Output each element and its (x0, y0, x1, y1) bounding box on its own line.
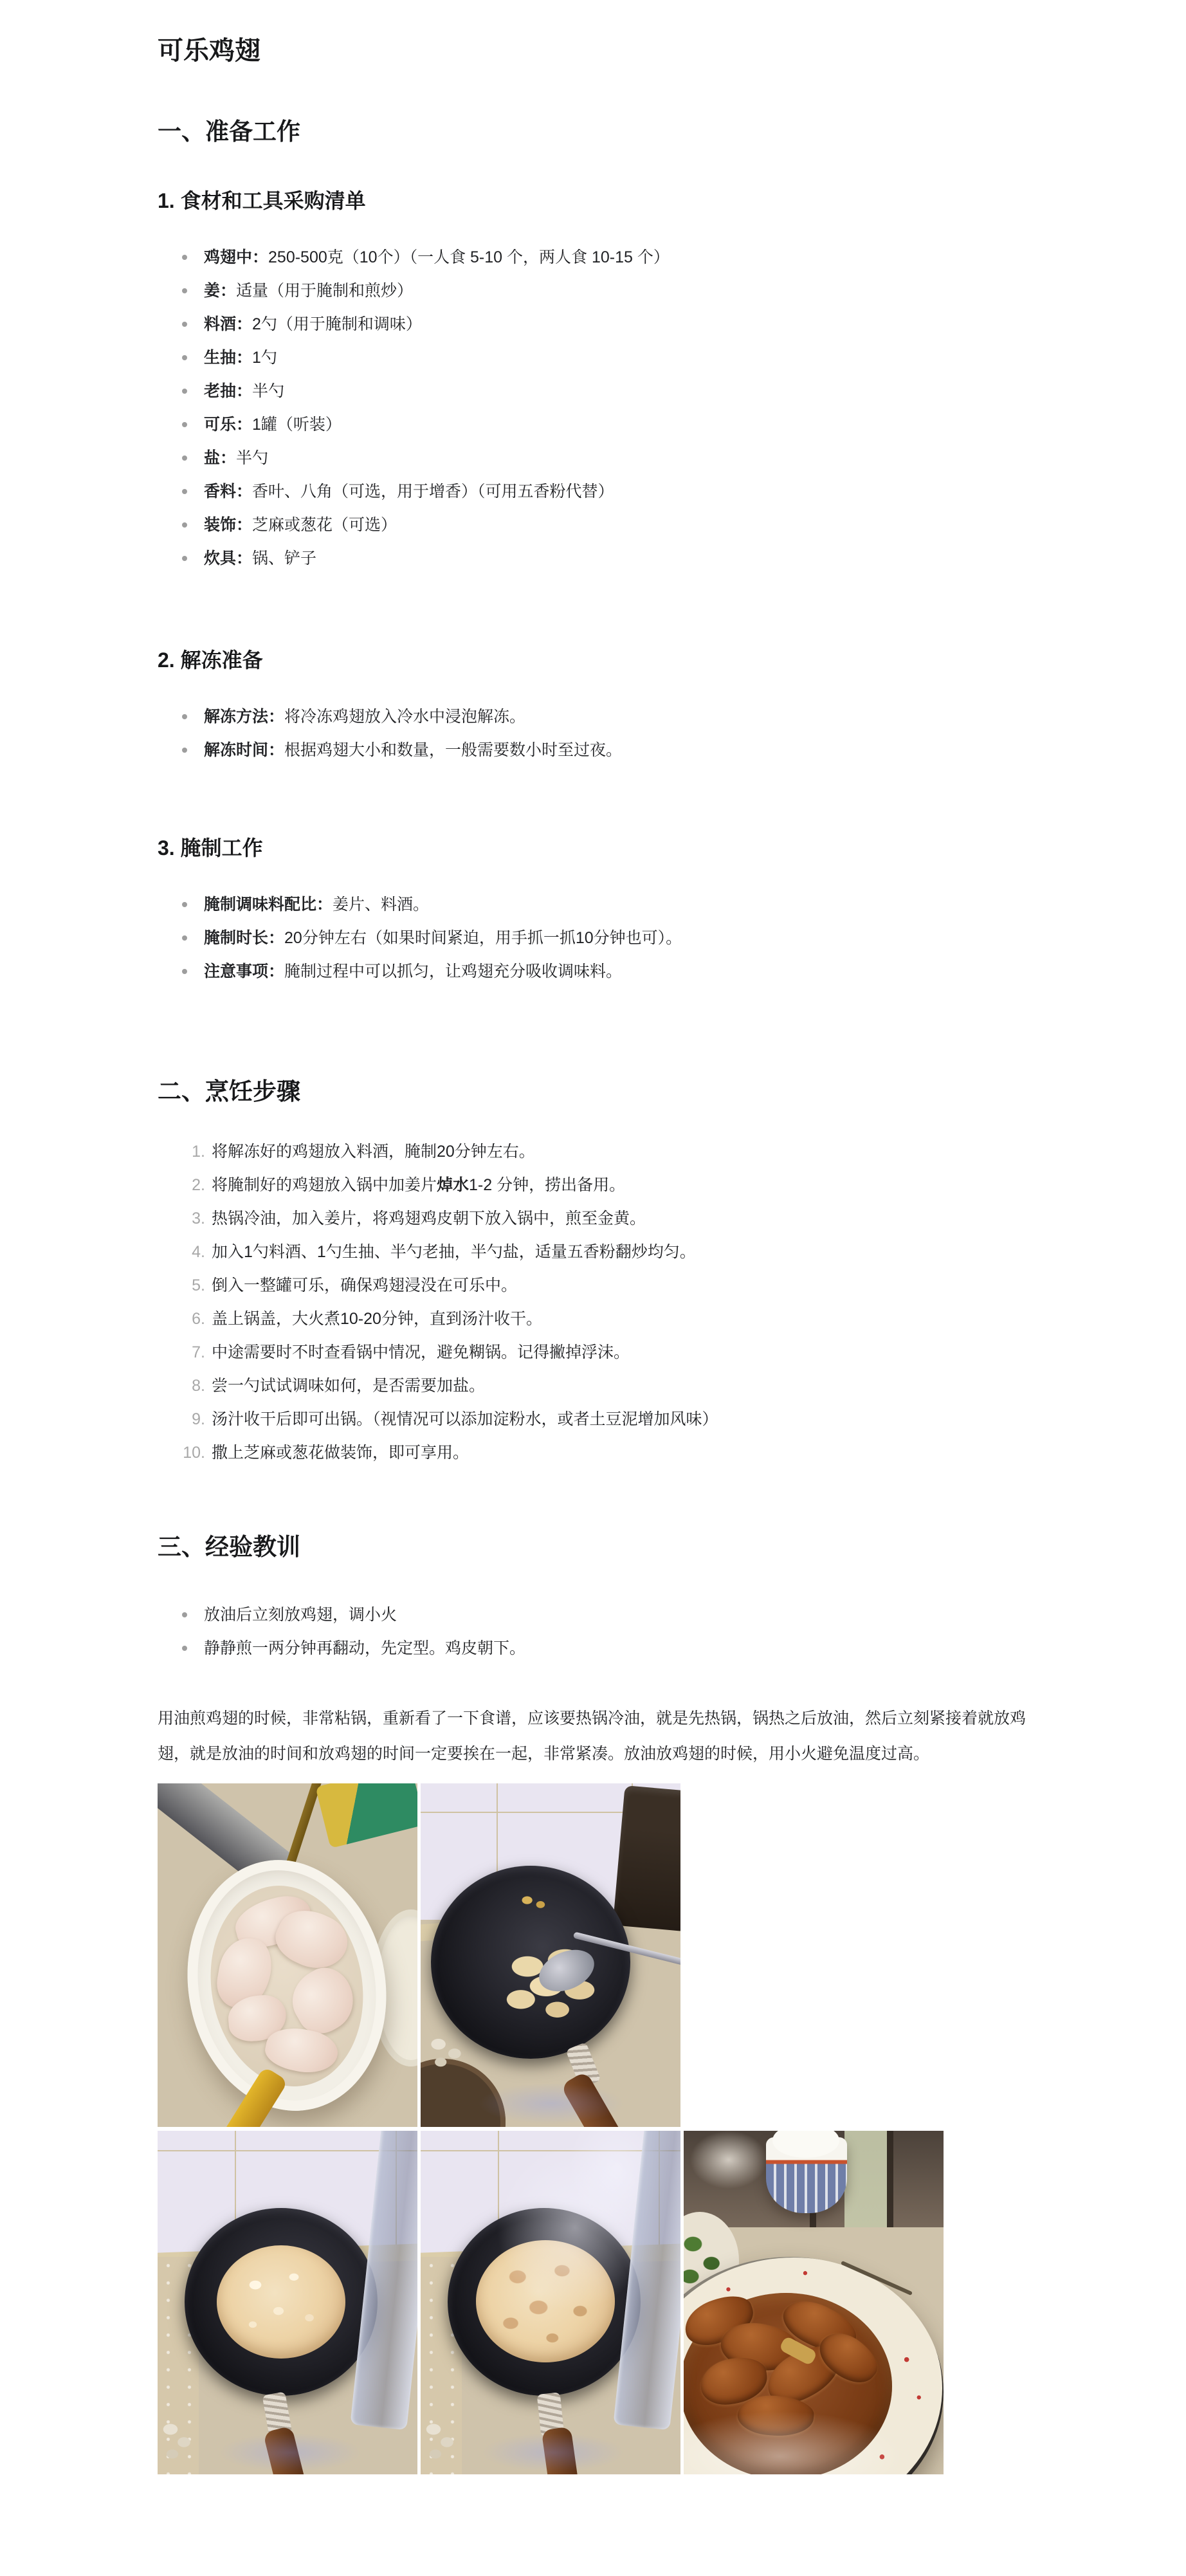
item-value: 姜片、料酒。 (333, 896, 429, 914)
step-number: 3. (169, 1202, 205, 1235)
list-item-text: 生抽：1勺 (204, 349, 277, 367)
item-label: 香料： (204, 483, 252, 501)
tablecloth-light-reflection (684, 2411, 902, 2474)
garlic-cloves (424, 2033, 471, 2070)
section-heading-cook: 二、烹饪步骤 (158, 1077, 1186, 1107)
step-item: 8.尝一勺试试调味如何，是否需要加盐。 (158, 1369, 1186, 1403)
stove-light-reflection (219, 2433, 361, 2472)
item-label: 炊具： (204, 549, 252, 567)
item-label: 生抽： (204, 349, 252, 367)
list-item-text: 装饰：芝麻或葱花（可选） (204, 516, 397, 534)
item-label: 老抽： (204, 382, 252, 400)
item-value: 20分钟左右（如果时间紧迫，用手抓一抓10分钟也可）。 (284, 929, 682, 947)
stove-light-reflection (479, 2083, 624, 2124)
bullet-icon (182, 355, 187, 360)
list-item-text: 解冻方法：将冷冻鸡翅放入冷水中浸泡解冻。 (204, 708, 525, 726)
photo-wok-cola-boiling-steam[interactable] (421, 2131, 680, 2474)
step-item: 10.撒上芝麻或葱花做装饰，即可享用。 (158, 1436, 1186, 1469)
step-text-pre: 加入1勺料酒、1勺生抽、半勺老抽，半勺盐，适量五香粉翻炒均匀。 (212, 1243, 696, 1261)
step-text-pre: 尝一勺试试调味如何，是否需要加盐。 (212, 1377, 485, 1395)
step-number: 7. (169, 1336, 205, 1369)
list-item-text: 可乐：1罐（听装） (204, 416, 342, 434)
recipe-document: 可乐鸡翅 一、准备工作 1. 食材和工具采购清单 鸡翅中：250-500克（10… (0, 0, 1186, 2576)
marinate-list: 腌制调味料配比：姜片、料酒。 腌制时长：20分钟左右（如果时间紧迫，用手抓一抓1… (158, 888, 1186, 988)
step-text-pre: 撒上芝麻或葱花做装饰，即可享用。 (212, 1444, 469, 1462)
step-text-pre: 将腌制好的鸡翅放入锅中加姜片 (212, 1176, 437, 1194)
step-item: 3.热锅冷油，加入姜片，将鸡翅鸡皮朝下放入锅中，煎至金黄。 (158, 1202, 1186, 1235)
thaw-list: 解冻方法：将冷冻鸡翅放入冷水中浸泡解冻。 解冻时间：根据鸡翅大小和数量，一般需要… (158, 700, 1186, 767)
list-item: 料酒：2勺（用于腌制和调味） (158, 308, 1186, 341)
bullet-icon (182, 422, 187, 427)
item-value: 香叶、八角（可选，用于增香）（可用五香粉代替） (252, 483, 614, 501)
list-item-text: 香料：香叶、八角（可选，用于增香）（可用五香粉代替） (204, 483, 614, 501)
list-item-text: 老抽：半勺 (204, 382, 284, 400)
step-item: 1.将解冻好的鸡翅放入料酒，腌制20分钟左右。 (158, 1135, 1186, 1168)
step-item: 5.倒入一整罐可乐，确保鸡翅浸没在可乐中。 (158, 1269, 1186, 1302)
photo-row-1 (158, 1783, 944, 2127)
list-item: 老抽：半勺 (158, 374, 1186, 408)
step-item: 9.汤汁收干后即可出锅。（视情况可以添加淀粉水，或者土豆泥增加风味） (158, 1403, 1186, 1436)
step-text: 撒上芝麻或葱花做装饰，即可享用。 (212, 1444, 469, 1462)
list-item: 香料：香叶、八角（可选，用于增香）（可用五香粉代替） (158, 475, 1186, 508)
item-label: 腌制时长： (204, 929, 284, 947)
step-number: 5. (169, 1269, 205, 1302)
photo-wok-cola-simmering[interactable] (158, 2131, 417, 2474)
list-item-text: 腌制调味料配比：姜片、料酒。 (204, 896, 429, 914)
item-label: 鸡翅中： (204, 248, 268, 266)
item-value: 锅、铲子 (252, 549, 316, 567)
list-item-text: 注意事项：腌制过程中可以抓匀，让鸡翅充分吸收调味料。 (204, 962, 622, 980)
photo-row-2 (158, 2131, 944, 2474)
item-value: 将冷冻鸡翅放入冷水中浸泡解冻。 (284, 708, 525, 726)
item-label: 解冻方法： (204, 708, 284, 726)
bullet-icon (182, 1612, 187, 1617)
cooking-steps-list: 1.将解冻好的鸡翅放入料酒，腌制20分钟左右。 2.将腌制好的鸡翅放入锅中加姜片… (158, 1135, 1186, 1469)
stove-light-reflection (482, 2433, 624, 2472)
garlic-cloves (159, 2414, 197, 2465)
step-number: 6. (169, 1302, 205, 1336)
list-item: 静静煎一两分钟再翻动，先定型。鸡皮朝下。 (158, 1632, 1186, 1665)
list-item: 腌制调味料配比：姜片、料酒。 (158, 888, 1186, 921)
lessons-list: 放油后立刻放鸡翅，调小火 静静煎一两分钟再翻动，先定型。鸡皮朝下。 (158, 1598, 1186, 1665)
list-item-text: 解冻时间：根据鸡翅大小和数量，一般需要数小时至过夜。 (204, 741, 622, 759)
list-item: 装饰：芝麻或葱花（可选） (158, 508, 1186, 542)
ginger-slices (517, 1891, 551, 1913)
list-item-text: 盐：半勺 (204, 449, 268, 467)
step-text: 尝一勺试试调味如何，是否需要加盐。 (212, 1377, 485, 1395)
step-item: 6.盖上锅盖，大火煮10-20分钟，直到汤汁收干。 (158, 1302, 1186, 1336)
step-text-bold: 焯水 (437, 1176, 469, 1194)
list-item-text: 静静煎一两分钟再翻动，先定型。鸡皮朝下。 (204, 1639, 525, 1657)
page-title: 可乐鸡翅 (158, 35, 1186, 67)
item-label: 装饰： (204, 516, 252, 534)
item-value: 1罐（听装） (252, 416, 342, 434)
step-text-pre: 汤汁收干后即可出锅。（视情况可以添加淀粉水，或者土豆泥增加风味） (212, 1410, 718, 1428)
subsection-heading-thaw: 2. 解冻准备 (158, 647, 1186, 673)
list-item-text: 料酒：2勺（用于腌制和调味） (204, 315, 422, 333)
step-text-post: 1-2 分钟，捞出备用。 (469, 1176, 625, 1194)
item-value: 芝麻或葱花（可选） (252, 516, 397, 534)
sauce-pot (613, 1785, 680, 1932)
bullet-icon (182, 556, 187, 561)
step-item: 4.加入1勺料酒、1勺生抽、半勺老抽，半勺盐，适量五香粉翻炒均匀。 (158, 1235, 1186, 1269)
list-item: 炊具：锅、铲子 (158, 542, 1186, 575)
list-item-text: 腌制时长：20分钟左右（如果时间紧迫，用手抓一抓10分钟也可）。 (204, 929, 682, 947)
shopping-list: 鸡翅中：250-500克（10个）（一人食 5-10 个，两人食 10-15 个… (158, 241, 1186, 575)
list-item: 放油后立刻放鸡翅，调小火 (158, 1598, 1186, 1632)
bullet-icon (182, 389, 187, 394)
item-value: 2勺（用于腌制和调味） (252, 315, 422, 333)
step-text-pre: 中途需要时不时查看锅中情况，避免糊锅。记得撇掉浮沫。 (212, 1343, 630, 1361)
list-item-text: 炊具：锅、铲子 (204, 549, 316, 567)
step-text: 热锅冷油，加入姜片，将鸡翅鸡皮朝下放入锅中，煎至金黄。 (212, 1210, 646, 1228)
step-number: 9. (169, 1403, 205, 1436)
bullet-icon (182, 902, 187, 907)
step-text-pre: 将解冻好的鸡翅放入料酒，腌制20分钟左右。 (212, 1143, 535, 1161)
bullet-icon (182, 748, 187, 753)
item-label: 腌制调味料配比： (204, 896, 333, 914)
step-item: 7.中途需要时不时查看锅中情况，避免糊锅。记得撇掉浮沫。 (158, 1336, 1186, 1369)
item-value: 根据鸡翅大小和数量，一般需要数小时至过夜。 (284, 741, 622, 759)
item-label: 解冻时间： (204, 741, 284, 759)
photo-raw-wings-soaking[interactable] (158, 1783, 417, 2127)
bullet-icon (182, 1646, 187, 1651)
photo-wok-frying-wings[interactable] (421, 1783, 680, 2127)
item-value: 1勺 (252, 349, 277, 367)
list-item: 解冻方法：将冷冻鸡翅放入冷水中浸泡解冻。 (158, 700, 1186, 733)
list-item: 注意事项：腌制过程中可以抓匀，让鸡翅充分吸收调味料。 (158, 955, 1186, 988)
step-number: 8. (169, 1369, 205, 1403)
step-text: 倒入一整罐可乐，确保鸡翅浸没在可乐中。 (212, 1276, 517, 1294)
step-number: 10. (169, 1436, 205, 1469)
step-text-pre: 热锅冷油，加入姜片，将鸡翅鸡皮朝下放入锅中，煎至金黄。 (212, 1210, 646, 1228)
step-number: 2. (169, 1168, 205, 1202)
item-label: 料酒： (204, 315, 252, 333)
subsection-heading-shopping-list: 1. 食材和工具采购清单 (158, 188, 1186, 214)
step-text: 将解冻好的鸡翅放入料酒，腌制20分钟左右。 (212, 1143, 535, 1161)
item-label: 盐： (204, 449, 236, 467)
item-label: 可乐： (204, 416, 252, 434)
subsection-heading-marinate: 3. 腌制工作 (158, 835, 1186, 861)
bullet-icon (182, 522, 187, 528)
step-number: 1. (169, 1135, 205, 1168)
section-heading-lessons: 三、经验教训 (158, 1532, 1186, 1562)
step-text-pre: 倒入一整罐可乐，确保鸡翅浸没在可乐中。 (212, 1276, 517, 1294)
lessons-paragraph: 用油煎鸡翅的时候，非常粘锅，重新看了一下食谱，应该要热锅冷油，就是先热锅，锅热之… (158, 1701, 1045, 1772)
bullet-icon (182, 969, 187, 974)
bullet-icon (182, 489, 187, 494)
step-text: 汤汁收干后即可出锅。（视情况可以添加淀粉水，或者土豆泥增加风味） (212, 1410, 718, 1428)
bullet-icon (182, 935, 187, 941)
plastic-bag (690, 2131, 767, 2189)
list-item-text: 放油后立刻放鸡翅，调小火 (204, 1606, 397, 1624)
step-text: 将腌制好的鸡翅放入锅中加姜片焯水1-2 分钟，捞出备用。 (212, 1176, 625, 1194)
sponge (315, 1783, 417, 1848)
item-value: 腌制过程中可以抓匀，让鸡翅充分吸收调味料。 (284, 962, 622, 980)
bullet-icon (182, 455, 187, 461)
item-label: 姜： (204, 282, 236, 300)
bullet-icon (182, 322, 187, 327)
section-heading-prep: 一、准备工作 (158, 117, 1186, 147)
list-item: 腌制时长：20分钟左右（如果时间紧迫，用手抓一抓10分钟也可）。 (158, 921, 1186, 955)
item-value: 半勺 (252, 382, 284, 400)
bullet-icon (182, 714, 187, 719)
bullet-icon (182, 288, 187, 293)
item-label: 注意事项： (204, 962, 284, 980)
item-value: 半勺 (236, 449, 268, 467)
list-item: 盐：半勺 (158, 441, 1186, 475)
list-item: 生抽：1勺 (158, 341, 1186, 374)
step-text: 盖上锅盖，大火煮10-20分钟，直到汤汁收干。 (212, 1310, 542, 1328)
list-item: 解冻时间：根据鸡翅大小和数量，一般需要数小时至过夜。 (158, 733, 1186, 767)
item-value: 适量（用于腌制和煎炒） (236, 282, 413, 300)
step-text: 中途需要时不时查看锅中情况，避免糊锅。记得撇掉浮沫。 (212, 1343, 630, 1361)
step-number: 4. (169, 1235, 205, 1269)
list-item: 可乐：1罐（听装） (158, 408, 1186, 441)
item-value: 250-500克（10个）（一人食 5-10 个，两人食 10-15 个） (268, 248, 670, 266)
photo-finished-cola-wings[interactable] (684, 2131, 944, 2474)
step-text-pre: 盖上锅盖，大火煮10-20分钟，直到汤汁收干。 (212, 1310, 542, 1328)
foam-bubbles (217, 2245, 345, 2359)
list-item-text: 姜：适量（用于腌制和煎炒） (204, 282, 413, 300)
step-item: 2.将腌制好的鸡翅放入锅中加姜片焯水1-2 分钟，捞出备用。 (158, 1168, 1186, 1202)
step-text: 加入1勺料酒、1勺生抽、半勺老抽，半勺盐，适量五香粉翻炒均匀。 (212, 1243, 696, 1261)
list-item: 姜：适量（用于腌制和煎炒） (158, 274, 1186, 308)
list-item: 鸡翅中：250-500克（10个）（一人食 5-10 个，两人食 10-15 个… (158, 241, 1186, 274)
list-item-text: 鸡翅中：250-500克（10个）（一人食 5-10 个，两人食 10-15 个… (204, 248, 670, 266)
garlic-cloves (422, 2414, 461, 2465)
bullet-icon (182, 255, 187, 260)
photo-gallery (158, 1783, 944, 2474)
